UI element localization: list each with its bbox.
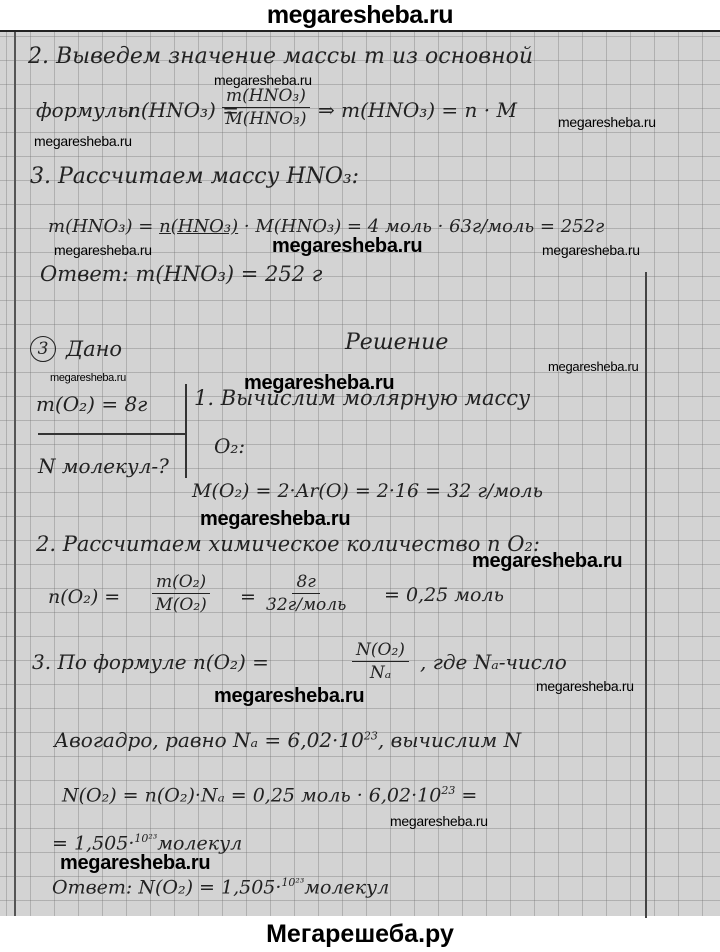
step3-title: 3. Рассчитаем массу HNO₃: bbox=[30, 164, 359, 189]
exponent: 23 bbox=[441, 784, 455, 797]
step2-title: 2. Выведем значение массы m из основной bbox=[28, 44, 533, 69]
step2-result: ⇒ m(HNO₃) = n · M bbox=[318, 98, 517, 122]
vertical-rule bbox=[645, 272, 647, 918]
p3-step1-calc: M(O₂) = 2·Ar(O) = 2·16 = 32 г/моль bbox=[192, 480, 543, 502]
denominator: 32г/моль bbox=[266, 594, 346, 615]
exponent: 23 bbox=[364, 729, 378, 742]
denominator: M(HNO₃) bbox=[225, 108, 306, 129]
p3-step3-line2: Авогадро, равно Nₐ = 6,02·1023, вычислим… bbox=[54, 728, 521, 752]
margin-line bbox=[14, 32, 16, 916]
avogadro-end: , вычислим N bbox=[378, 728, 521, 752]
watermark: megaresheba.ru bbox=[54, 242, 152, 258]
step2-formula-label: формулы: bbox=[36, 98, 140, 122]
watermark: megaresheba.ru bbox=[272, 235, 422, 258]
watermark: megaresheba.ru bbox=[50, 372, 126, 384]
given-mass: m(O₂) = 8г bbox=[36, 392, 147, 416]
watermark: megaresheba.ru bbox=[244, 372, 394, 395]
watermark: megaresheba.ru bbox=[214, 72, 312, 88]
p3-step3-result: = 1,505·10²³молекул bbox=[52, 832, 242, 854]
step3-lhs: m(HNO₃) = bbox=[48, 216, 153, 237]
p3-step2-fraction-1: m(O₂) M(O₂) bbox=[152, 572, 210, 615]
watermark: megaresheba.ru bbox=[60, 852, 210, 875]
watermark: megaresheba.ru bbox=[558, 114, 656, 130]
given-divider-vertical bbox=[185, 384, 187, 478]
denominator: M(O₂) bbox=[155, 594, 206, 615]
site-footer: Мегарешеба.ру bbox=[0, 916, 720, 952]
p3-step3-calc: N(O₂) = n(O₂)·Nₐ = 0,25 моль · 6,02·1023… bbox=[62, 784, 477, 806]
find-value: N молекул-? bbox=[38, 454, 169, 478]
answer-1: Ответ: m(HNO₃) = 252 г bbox=[40, 262, 322, 286]
watermark: megaresheba.ru bbox=[548, 359, 638, 374]
watermark: megaresheba.ru bbox=[542, 242, 640, 258]
step3-n: n(HNO₃) bbox=[159, 216, 238, 237]
calc-end: = bbox=[455, 784, 477, 806]
solution-label: Решение bbox=[345, 330, 448, 355]
exponent: 10²³ bbox=[281, 876, 304, 889]
problem-number: 3 bbox=[30, 336, 56, 362]
numerator: N(O₂) bbox=[352, 640, 409, 662]
p3-step3-fraction: N(O₂) Nₐ bbox=[352, 640, 409, 683]
answer-2: Ответ: N(O₂) = 1,505·10²³молекул bbox=[52, 876, 389, 898]
p3-step2-fraction-2: 8г 32г/моль bbox=[266, 572, 346, 615]
p3-step2-title: 2. Рассчитаем химическое количество n O₂… bbox=[36, 532, 540, 556]
step3-calc: m(HNO₃) = n(HNO₃) · M(HNO₃) = 4 моль · 6… bbox=[48, 216, 604, 237]
watermark: megaresheba.ru bbox=[34, 133, 132, 149]
watermark: megaresheba.ru bbox=[214, 685, 364, 708]
given-divider-horizontal bbox=[38, 433, 186, 435]
given-label: Дано bbox=[66, 337, 122, 361]
site-header: megaresheba.ru bbox=[0, 0, 720, 30]
denominator: Nₐ bbox=[370, 662, 391, 683]
answer-pre: Ответ: N(O₂) = 1,505· bbox=[52, 876, 281, 898]
p3-step3-title-b: , где Nₐ-число bbox=[420, 650, 567, 674]
step2-fraction: m(HNO₃) M(HNO₃) bbox=[222, 86, 310, 129]
watermark: megaresheba.ru bbox=[390, 813, 488, 829]
p3-step2-lhs: n(O₂) = bbox=[48, 586, 120, 608]
exponent: 10²³ bbox=[134, 832, 157, 845]
p3-step3-title-a: 3. По формуле n(O₂) = bbox=[32, 650, 269, 674]
p3-step1-sub: O₂: bbox=[214, 434, 245, 458]
p3-step2-eq: = bbox=[240, 586, 256, 608]
watermark: megaresheba.ru bbox=[472, 550, 622, 573]
watermark: megaresheba.ru bbox=[536, 678, 634, 694]
numerator: m(O₂) bbox=[152, 572, 210, 594]
watermark: megaresheba.ru bbox=[200, 508, 350, 531]
numerator: m(HNO₃) bbox=[222, 86, 310, 108]
numerator: 8г bbox=[292, 572, 319, 594]
avogadro-text: Авогадро, равно Nₐ = 6,02·10 bbox=[54, 728, 364, 752]
step3-rest: · M(HNO₃) = 4 моль · 63г/моль = 252г bbox=[244, 216, 604, 237]
answer-post: молекул bbox=[304, 876, 389, 898]
p3-step2-result: = 0,25 моль bbox=[384, 584, 504, 606]
calc-text: N(O₂) = n(O₂)·Nₐ = 0,25 моль · 6,02·10 bbox=[62, 784, 441, 806]
